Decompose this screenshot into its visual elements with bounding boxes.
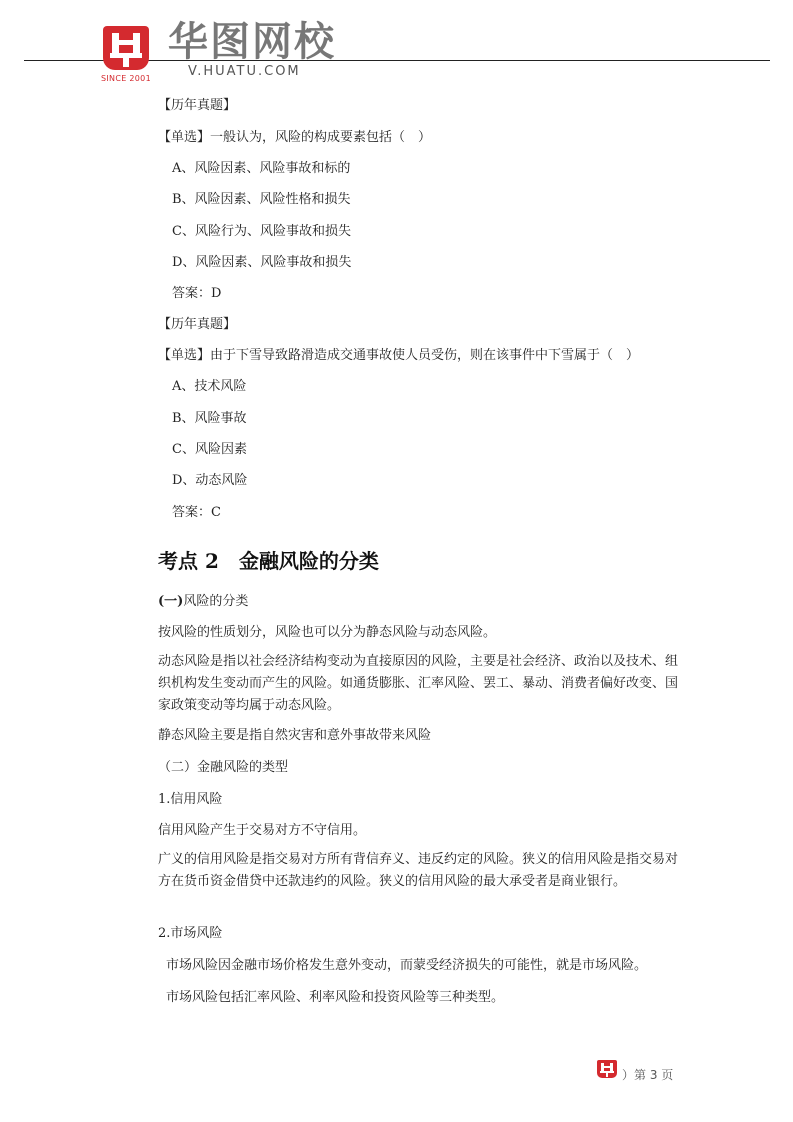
footer-monogram-icon: [597, 1060, 617, 1078]
section-title: 考点 2 金融风险的分类: [158, 545, 379, 574]
q1-option-a: A、风险因素、风险事故和标的: [172, 161, 350, 177]
q1-option-c: C、风险行为、风险事故和损失: [172, 224, 351, 240]
subsection-label: 风险的分类: [183, 594, 248, 609]
q2-option-a: A、技术风险: [172, 379, 246, 395]
page-number: ）第 3 页: [622, 1066, 673, 1083]
huatu-logo-icon: [103, 26, 149, 70]
q1-option-b: B、风险因素、风险性格和损失: [172, 192, 351, 208]
q2-option-b: B、风险事故: [172, 411, 247, 427]
subsection-prefix: (一): [158, 594, 183, 609]
q1-tag: 【历年真题】: [158, 98, 236, 114]
q2-answer: 答案：C: [172, 505, 221, 521]
heading-credit-risk: 1.信用风险: [158, 792, 222, 808]
paragraph-1: 按风险的性质划分，风险也可以分为静态风险与动态风险。: [158, 625, 496, 641]
paragraph-5: 广义的信用风险是指交易对方所有背信弃义、违反约定的风险。狭义的信用风险是指交易对…: [158, 849, 678, 893]
heading-market-risk: 2.市场风险: [158, 926, 222, 942]
q1-option-d: D、风险因素、风险事故和损失: [172, 255, 351, 271]
q2-option-d: D、动态风险: [172, 473, 247, 489]
ht-monogram-icon: [103, 26, 149, 70]
brand-url: V.HUATU.COM: [188, 64, 301, 79]
q1-stem: 【单选】一般认为，风险的构成要素包括（ ）: [158, 130, 431, 146]
q2-stem: 【单选】由于下雪导致路滑造成交通事故使人员受伤，则在该事件中下雪属于（ ）: [158, 348, 639, 364]
q1-answer: 答案：D: [172, 286, 221, 302]
q2-option-c: C、风险因素: [172, 442, 247, 458]
subsection-financial-risk-types: （二）金融风险的类型: [158, 760, 288, 776]
paragraph-3: 静态风险主要是指自然灾害和意外事故带来风险: [158, 728, 431, 744]
logo-since-text: SINCE 2001: [101, 74, 151, 83]
q2-tag: 【历年真题】: [158, 317, 236, 333]
footer-logo-icon: [597, 1060, 617, 1078]
subsection-risk-classification: (一)风险的分类: [158, 594, 248, 610]
brand-name: 华图网校: [168, 20, 336, 64]
paragraph-6: 市场风险因金融市场价格发生意外变动，而蒙受经济损失的可能性，就是市场风险。: [166, 958, 647, 974]
paragraph-7: 市场风险包括汇率风险、利率风险和投资风险等三种类型。: [166, 990, 504, 1006]
paragraph-2: 动态风险是指以社会经济结构变动为直接原因的风险，主要是社会经济、政治以及技术、组…: [158, 651, 678, 717]
paragraph-4: 信用风险产生于交易对方不守信用。: [158, 823, 366, 839]
